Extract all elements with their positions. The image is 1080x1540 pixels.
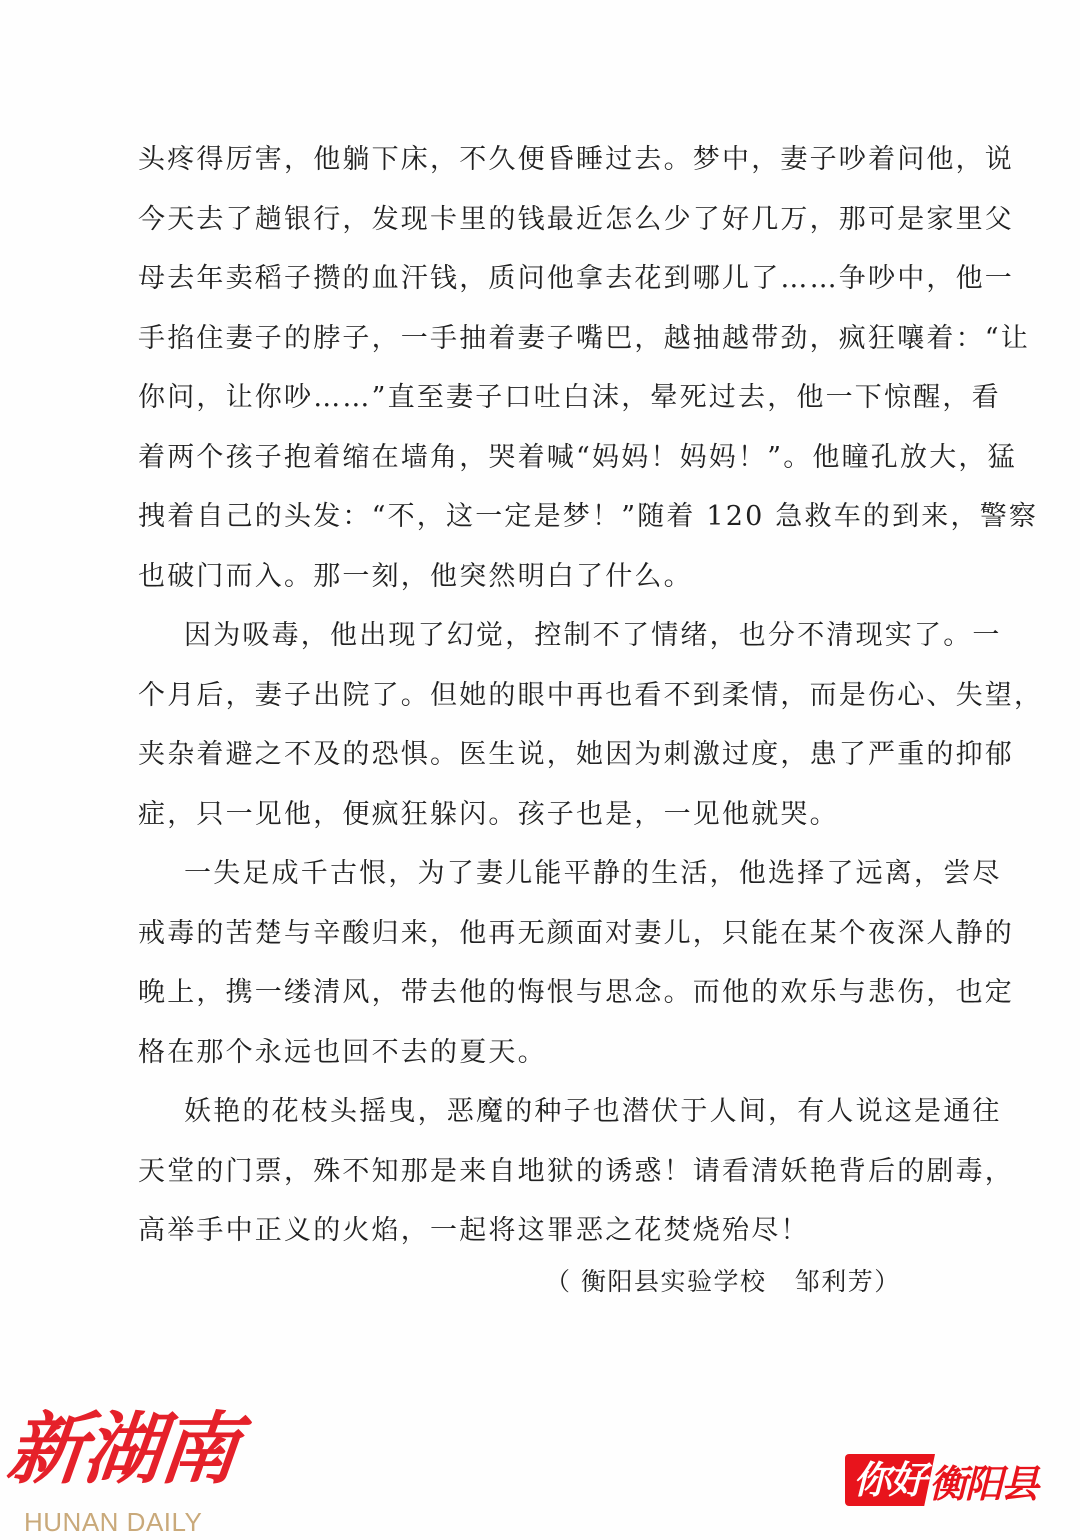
text-line: 你问，让你吵……”直至妻子口吐白沫，晕死过去，他一下惊醒，看	[138, 378, 928, 438]
article-body: 头疼得厉害，他躺下床，不久便昏睡过去。梦中，妻子吵着问他，说 今天去了趟银行，发…	[138, 140, 928, 1271]
hello-hengyang-logo: 你好 衡阳县	[845, 1452, 1037, 1508]
text-line: 今天去了趟银行，发现卡里的钱最近怎么少了好几万，那可是家里父	[138, 200, 928, 260]
text-line: 天堂的门票，殊不知那是来自地狱的诱惑！请看清妖艳背后的剧毒，	[138, 1152, 928, 1212]
logo-chinese-text: 新湖南	[3, 1405, 242, 1495]
text-line: 格在那个永远也回不去的夏天。	[138, 1033, 928, 1093]
text-line: 头疼得厉害，他躺下床，不久便昏睡过去。梦中，妻子吵着问他，说	[138, 140, 928, 200]
text-line: 手掐住妻子的脖子，一手抽着妻子嘴巴，越抽越带劲，疯狂嚷着：“让	[138, 319, 928, 379]
hunan-daily-logo: 新湖南 HUNAN DAILY	[8, 1405, 238, 1540]
text-line: 戒毒的苦楚与辛酸归来，他再无颜面对妻儿，只能在某个夜深人静的	[138, 914, 928, 974]
text-line: 着两个孩子抱着缩在墙角，哭着喊“妈妈！妈妈！”。他瞳孔放大，猛	[138, 438, 928, 498]
text-line: 个月后，妻子出院了。但她的眼中再也看不到柔情，而是伤心、失望，	[138, 676, 928, 736]
text-line: 症，只一见他，便疯狂躲闪。孩子也是，一见他就哭。	[138, 795, 928, 855]
logo-badge: 你好	[845, 1454, 935, 1506]
text-line: 晚上，携一缕清风，带去他的悔恨与思念。而他的欢乐与悲伤，也定	[138, 973, 928, 1033]
author-signature: （ 衡阳县实验学校 邹利芳）	[545, 1262, 901, 1298]
text-line: 一失足成千古恨，为了妻儿能平静的生活，他选择了远离，尝尽	[138, 854, 928, 914]
text-line: 拽着自己的头发：“不，这一定是梦！”随着 120 急救车的到来，警察	[138, 497, 928, 557]
logo-text: 衡阳县	[929, 1453, 1037, 1508]
text-line: 因为吸毒，他出现了幻觉，控制不了情绪，也分不清现实了。一	[138, 616, 928, 676]
logo-english-text: HUNAN DAILY	[24, 1507, 202, 1538]
text-line: 母去年卖稻子攒的血汗钱，质问他拿去花到哪儿了……争吵中，他一	[138, 259, 928, 319]
text-line: 夹杂着避之不及的恐惧。医生说，她因为刺激过度，患了严重的抑郁	[138, 735, 928, 795]
document-page: 头疼得厉害，他躺下床，不久便昏睡过去。梦中，妻子吵着问他，说 今天去了趟银行，发…	[0, 0, 1080, 1540]
text-line: 妖艳的花枝头摇曳，恶魔的种子也潜伏于人间，有人说这是通往	[138, 1092, 928, 1152]
text-line: 也破门而入。那一刻，他突然明白了什么。	[138, 557, 928, 617]
